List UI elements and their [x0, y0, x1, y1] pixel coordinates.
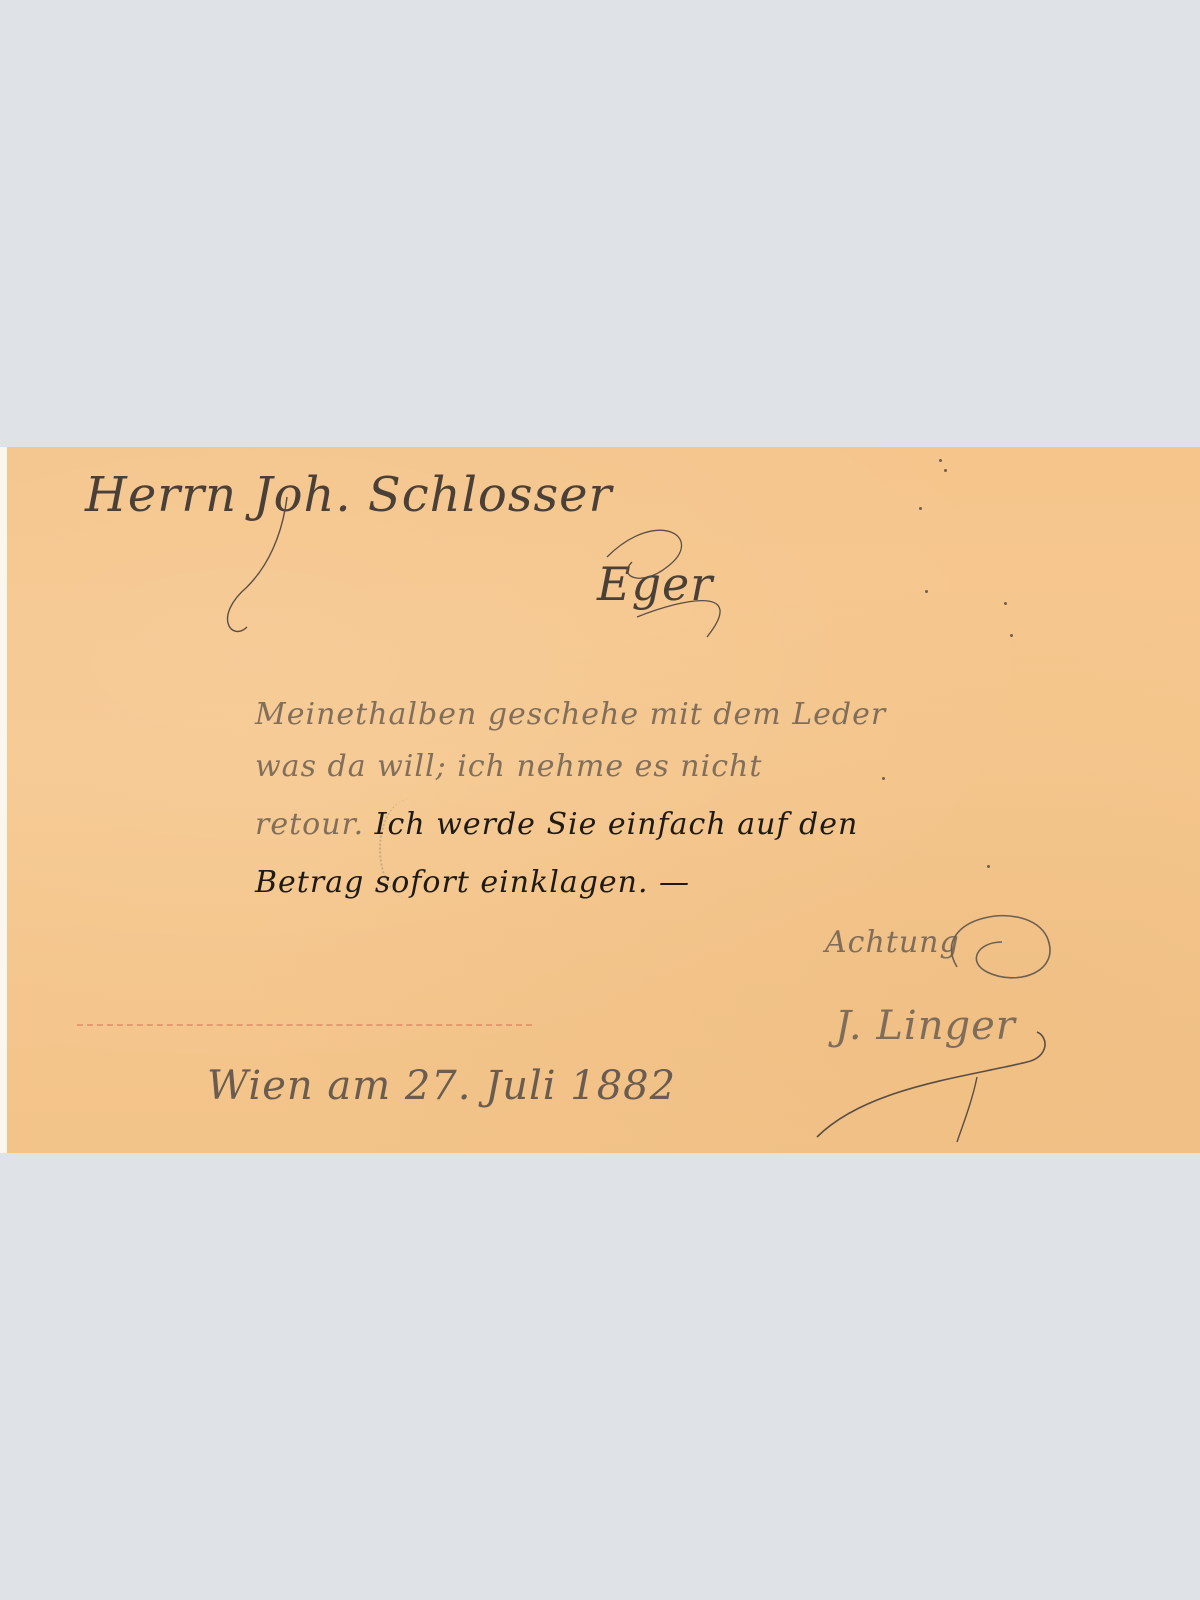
closing-salutation: Achtung — [825, 925, 960, 960]
message-line-3: retour. Ich werde Sie einfach auf den — [255, 807, 858, 842]
postcard: Herrn Joh. Schlosser Eger Meinethalben g… — [7, 447, 1200, 1153]
message-line-4: Betrag sofort einklagen. — — [255, 865, 690, 900]
signature: J. Linger — [835, 1003, 1016, 1049]
speck — [939, 459, 942, 462]
message-line-2: was da will; ich nehme es nicht — [255, 749, 762, 784]
message-line-1: Meinethalben geschehe mit dem Leder — [255, 697, 886, 732]
speck — [1004, 602, 1007, 605]
message-line-3-faint: retour. — [255, 807, 364, 842]
speck — [919, 507, 922, 510]
message-line-3-dark: Ich werde Sie einfach auf den — [375, 807, 859, 842]
speck — [944, 469, 947, 472]
printed-dashed-rule — [77, 1024, 532, 1026]
speck — [925, 590, 928, 593]
speck — [882, 777, 885, 780]
place-and-date: Wien am 27. Juli 1882 — [207, 1063, 676, 1109]
recipient-city: Eger — [597, 557, 713, 611]
speck — [1010, 634, 1013, 637]
recipient-name: Herrn Joh. Schlosser — [85, 467, 612, 523]
speck — [987, 865, 990, 868]
